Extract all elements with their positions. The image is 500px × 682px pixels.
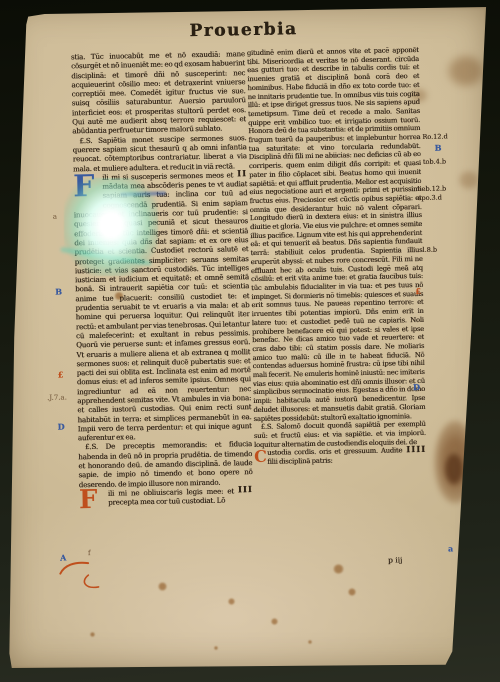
margin-ref-romans: Ro.12.d [422, 132, 447, 140]
chapter2-text: ili mi si susceperis sermones meos et mā… [74, 170, 252, 442]
guide-letter-f: f [88, 549, 91, 557]
signature-mark: p iij [350, 555, 440, 566]
photo-frame: { "title": "Prouerbia", "colors": { "bac… [0, 0, 500, 682]
margin-letter-C-red: £ [58, 370, 64, 380]
chapter-number-2: II [233, 170, 247, 180]
text-column-left: stia. Tūc inuocabūt me et nō exaudiā: ma… [71, 49, 255, 586]
paragraph-proverbs3: gitudinē enim dierū et annos vite et pac… [247, 46, 426, 423]
chapter-number-3: III [234, 486, 253, 496]
rubricated-initial-C-red: C [254, 449, 265, 465]
margin-letter-a-right: a [448, 543, 453, 553]
paragraph-summary-ch3: £.S. De preceptis memorandis: et fiducia… [78, 440, 253, 490]
margin-letter-a: a [53, 213, 57, 221]
parchment-page: Prouerbia stia. Tūc inuocabūt me et nō e… [6, 6, 488, 670]
margin-letter-D: D [58, 422, 65, 432]
margin-ref-hebrews: heb.12.b [417, 184, 446, 193]
chapter3-text: ili mi ne obliuiscaris legis mee: et pre… [108, 486, 234, 507]
margin-ref-job: l.8.b [422, 246, 437, 254]
running-title: Prouerbia [158, 19, 328, 42]
illuminated-initial-F-blue: F [73, 174, 99, 201]
margin-ref-apocalypse: apo.3.d [417, 194, 441, 202]
paragraph-chapter4-intro: IIIICustodia cordis. oris et gressuum. A… [254, 446, 426, 467]
margin-ref-tobias: tob.4.b [423, 157, 446, 165]
paragraph-summary-ch4: £.S. Salomō docuit quondā sapiētiā per e… [254, 420, 426, 449]
margin-letter-C-red-right: £ [415, 286, 421, 296]
margin-letter-A: A [60, 553, 66, 563]
initial-flourish [54, 557, 115, 600]
chapter-number-4: IIII [402, 446, 426, 455]
margin-letter-B-right: B [434, 143, 441, 153]
text-column-right: gitudinē enim dierū et annos vite et pac… [247, 46, 428, 557]
margin-letter-D-right: D [413, 382, 420, 392]
rubricated-initial-F-red: F [79, 489, 105, 509]
paragraph-chapter3: IIIFili mi ne obliuiscaris legis mee: et… [79, 486, 253, 508]
paragraph-summary-ch2: £.S. Sapiētia monet suscipe sermones suo… [72, 133, 247, 173]
paragraph-chapter2: IIFili mi si susceperis sermones meos et… [73, 170, 252, 443]
printed-content: Prouerbia stia. Tūc inuocabūt me et nō e… [0, 2, 494, 675]
chapter4-intro-text: ustodia cordis. oris et gressuum. Audite… [267, 447, 402, 466]
margin-ref-handwritten: .J.7.a. [47, 393, 67, 401]
paragraph-proverbs1-end: stia. Tūc inuocabūt me et nō exaudiā: ma… [71, 49, 247, 136]
margin-letter-B: B [55, 287, 62, 297]
